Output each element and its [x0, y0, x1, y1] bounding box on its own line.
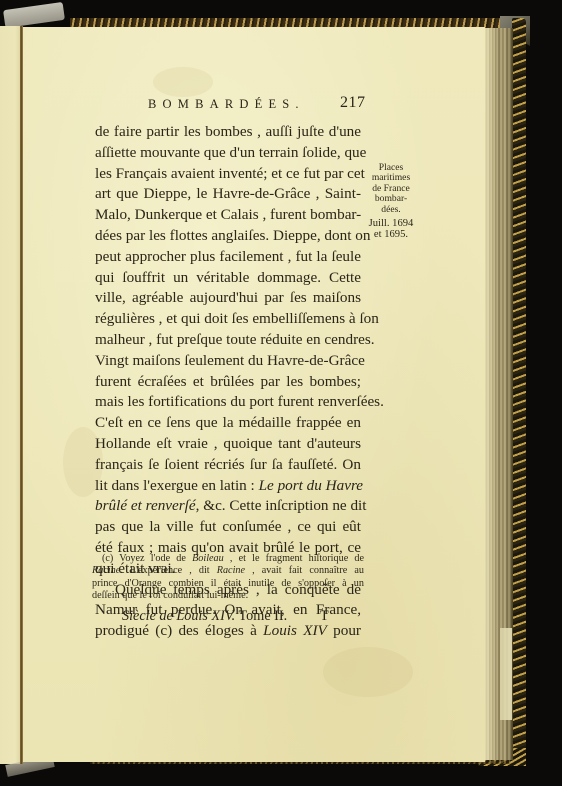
text-line: malheur , fut preſque toute réduite en c…	[95, 330, 361, 351]
text-line: Vingt maiſons ſeulement du Havre-de-Grâc…	[95, 351, 361, 372]
text-line: aſſiette mouvante que d'un terrain ſolid…	[95, 143, 361, 164]
text-span: L'expérience , dit	[123, 565, 217, 576]
text-line: Malo, Dunkerque et Calais , furent bomba…	[95, 205, 361, 226]
signature-line: Siècle de Louis XIV. Tome II. T	[122, 608, 342, 625]
footnote-marker: (c)	[102, 553, 113, 564]
text-span: lit dans l'exergue en latin :	[95, 477, 259, 494]
text-span: , et le fragment hiſtorique de	[224, 553, 364, 564]
facing-page-sliver	[0, 26, 22, 764]
text-line: ville, agréable aujourd'hui par ſes maiſ…	[95, 288, 361, 309]
text-line: les Français avaient inventé; et ce fut …	[95, 164, 361, 185]
text-line: C'eſt en ce ſens que la médaille frappée…	[95, 413, 361, 434]
bookmark-ribbon-top	[3, 2, 65, 28]
footnote-line: (c) Voyez l'ode de Boileau , et le fragm…	[92, 553, 364, 565]
text-line: peut approcher plus facilement , fut la …	[95, 247, 361, 268]
text-line: régulières , et qui doit ſes embelliſſem…	[95, 309, 361, 330]
text-line: pas que la ville fut conſumée , ce qui e…	[95, 517, 361, 538]
margin-note: Places maritimes de France bombar- dées.…	[366, 163, 416, 240]
text-line: art que Dieppe, le Havre-de-Grâce , Sain…	[95, 184, 361, 205]
book-gutter	[20, 26, 23, 764]
text-span: , &c. Cette inſcription ne dit	[196, 497, 367, 514]
signature-mark: T	[320, 608, 329, 625]
paper-stain	[153, 67, 213, 97]
text-line: mais les fortifications du port furent r…	[95, 392, 361, 413]
page-edge-flap	[500, 628, 512, 720]
footnote-line: deſſein que le roi conduiſait lui-même.	[92, 590, 364, 602]
text-line: Hollande eſt vraie , quoique tant d'aute…	[95, 434, 361, 455]
margin-note-date: Juill. 1694 et 1695.	[366, 218, 416, 240]
text-line: furent écraſées et brûlées par les bombe…	[95, 372, 361, 393]
footnote: (c) Voyez l'ode de Boileau , et le fragm…	[92, 553, 364, 602]
text-span: Voyez l'ode de	[119, 553, 192, 564]
book-scan: BOMBARDÉES. 217 de faire partir les bomb…	[0, 0, 562, 786]
footnote-line: prince d'Orange combien il était inutile…	[92, 578, 364, 590]
margin-date-line: Juill. 1694	[366, 218, 416, 229]
running-title: BOMBARDÉES.	[148, 97, 348, 112]
text-line: lit dans l'exergue en latin : Le port du…	[95, 476, 361, 497]
footnote-line: Racine. L'expérience , dit Racine , avai…	[92, 565, 364, 577]
text-span: , avait fait connaître au	[245, 565, 364, 576]
margin-date-line: et 1695.	[366, 229, 416, 240]
text-line: qui ſouffrit un véritable dommage. Cette	[95, 268, 361, 289]
italic-quote: Le port du Havre	[259, 477, 363, 494]
cover-gilt-edge-right	[512, 18, 526, 763]
text-line: brûlé et renverſé, &c. Cette inſcription…	[95, 496, 361, 517]
volume-label: Tome II.	[235, 608, 287, 624]
italic-name: Racine	[217, 565, 245, 576]
book-title: Siècle de Louis XIV.	[122, 608, 235, 624]
margin-note-line: dées.	[366, 205, 416, 215]
paper-stain	[323, 647, 413, 697]
text-line: dées par les flottes anglaiſes. Dieppe, …	[95, 226, 361, 247]
italic-quote: brûlé et renverſé	[95, 497, 196, 514]
italic-name: Racine.	[92, 565, 123, 576]
page-number: 217	[340, 94, 366, 112]
italic-name: Boileau	[192, 553, 224, 564]
text-line: français ſe ſoient récriés ſur ſa fauſſe…	[95, 455, 361, 476]
text-line: de faire partir les bombes , auſſi juſte…	[95, 122, 361, 143]
